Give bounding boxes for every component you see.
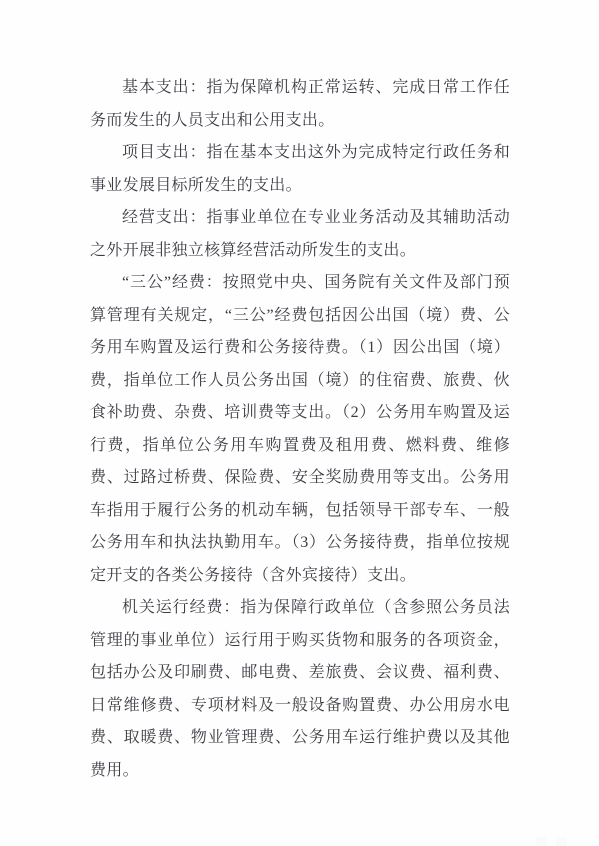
paragraph-basic-expenditure: 基本支出：指为保障机构正常运转、完成日常工作任务而发生的人员支出和公用支出。	[90, 72, 510, 137]
paragraph-three-public-funds: “三公”经费：按照党中央、国务院有关文件及部门预算管理有关规定，“三公”经费包括…	[90, 267, 510, 592]
paragraph-operating-expenditure: 经营支出：指事业单位在专业业务活动及其辅助活动之外开展非独立核算经营活动所发生的…	[90, 202, 510, 267]
paragraph-agency-operating-funds: 机关运行经费：指为保障行政单位（含参照公务员法管理的事业单位）运行用于购买货物和…	[90, 592, 510, 787]
paragraph-project-expenditure: 项目支出：指在基本支出这外为完成特定行政任务和事业发展目标所发生的支出。	[90, 137, 510, 202]
document-text-block: 基本支出：指为保障机构正常运转、完成日常工作任务而发生的人员支出和公用支出。 项…	[90, 72, 510, 787]
scan-artifact	[556, 837, 567, 846]
scan-artifact	[536, 837, 547, 846]
document-page: 基本支出：指为保障机构正常运转、完成日常工作任务而发生的人员支出和公用支出。 项…	[0, 0, 599, 846]
